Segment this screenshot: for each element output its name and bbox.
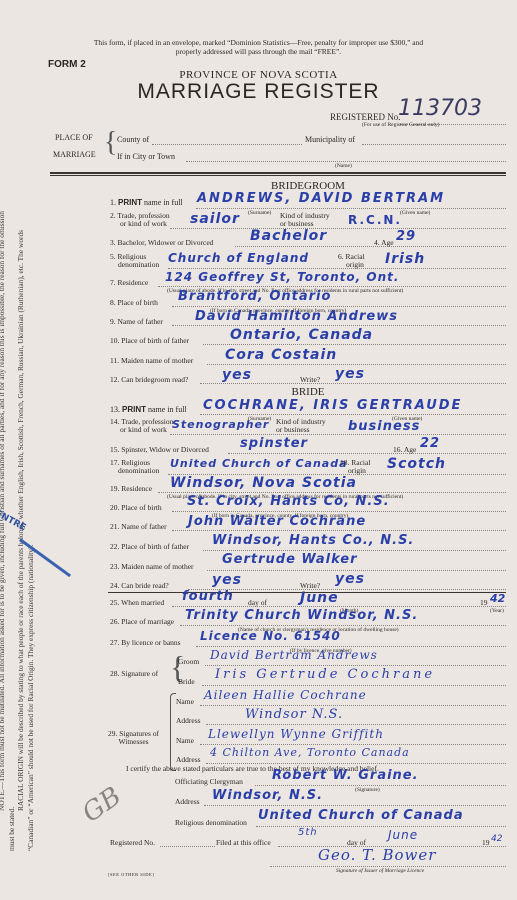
groom-signature-label: Groom	[178, 657, 199, 666]
initials-mark: GB	[77, 781, 127, 828]
married-year-value: 42	[490, 592, 505, 605]
clergy-religion-value: United Church of Canada	[258, 808, 464, 823]
married-month-value: June	[300, 590, 339, 606]
groom-origin-value: Irish	[385, 251, 425, 267]
witness2-name: Llewellyn Wynne Griffith	[208, 727, 384, 741]
bride-father-birthplace-label: 22. Place of birth of father	[110, 542, 189, 551]
marriage-label: MARRIAGE	[53, 150, 96, 159]
registrar-note: (For use of Registrar General only)	[362, 122, 439, 128]
bride-signature: Iris Gertrude Cochrane	[215, 667, 435, 682]
filed-label: Filed at this office	[216, 838, 271, 847]
groom-religion-label-b: denomination	[110, 261, 159, 269]
clergyman-signature: Robert W. Graine.	[272, 768, 419, 783]
filing-year-prefix: 19	[482, 838, 490, 847]
given-name-hint: (Given name)	[400, 210, 430, 216]
place-of-marriage-value: Trinity Church Windsor, N.S.	[185, 608, 418, 623]
groom-age-value: 29	[396, 229, 416, 244]
bride-residence-label: 19. Residence	[110, 484, 152, 493]
bride-birthplace-label: 20. Place of birth	[110, 503, 162, 512]
groom-father-birthplace-label: 10. Place of birth of father	[110, 336, 189, 345]
groom-name-label: name in full	[144, 198, 183, 207]
bride-name-value: COCHRANE, IRIS GERTRAUDE	[203, 398, 462, 413]
groom-write-value: yes	[335, 366, 365, 382]
field-number: 13.	[110, 405, 120, 414]
signature-of-label: 28. Signature of	[110, 669, 158, 678]
registered-no-value: 113703	[398, 96, 482, 121]
bride-write-value: yes	[335, 571, 365, 587]
bride-status-label: 15. Spinster, Widow or Divorced	[110, 445, 209, 454]
groom-mother-label: 11. Maiden name of mother	[110, 356, 193, 365]
bride-trade-label-b: or kind of work	[110, 426, 173, 434]
place-of-marriage-label: 26. Place of marriage	[110, 617, 174, 626]
clergyman-label: Officiating Clergyman	[175, 777, 243, 786]
groom-religion-value: Church of England	[168, 251, 309, 265]
groom-birthplace-label: 8. Place of birth	[110, 298, 158, 307]
groom-father-value: David Hamilton Andrews	[195, 309, 398, 324]
groom-industry-label-b: or business	[280, 220, 330, 228]
witness2-address: 4 Chilton Ave, Toronto Canada	[210, 746, 410, 759]
groom-birthplace-value: Brantford, Ontario	[178, 289, 331, 304]
filed-month-value: June	[388, 828, 418, 842]
year-prefix: 19	[480, 598, 488, 607]
witness1-address: Windsor N.S.	[245, 707, 343, 722]
bride-religion-value: United Church of Canada	[170, 457, 348, 470]
mail-notice-line-1: This form, if placed in an envelope, mar…	[0, 38, 517, 47]
bride-name-label: name in full	[148, 405, 187, 414]
place-of-label: PLACE OF	[55, 133, 93, 142]
groom-age-label: 4. Age	[374, 238, 394, 247]
bride-father-label: 21. Name of father	[110, 522, 167, 531]
witness2-name-label: Name	[176, 736, 194, 745]
bride-age-value: 22	[420, 436, 440, 451]
bride-age-label: 16. Age	[393, 445, 416, 454]
bride-heading: BRIDE	[110, 386, 506, 398]
clergy-religion-label: Religious denomination	[175, 818, 247, 827]
filed-day-value: 5th	[298, 827, 318, 838]
groom-mother-value: Cora Costain	[225, 347, 337, 363]
bride-father-birthplace-value: Windsor, Hants Co., N.S.	[212, 533, 414, 548]
city-label: If in City or Town	[117, 152, 175, 161]
bride-mother-label: 23. Maiden name of mother	[110, 562, 194, 571]
place-brace: {	[104, 128, 117, 158]
married-day-value: fourth	[182, 589, 234, 604]
name-hint: (Name)	[335, 163, 352, 169]
bride-read-value: yes	[212, 572, 242, 588]
clergy-address-value: Windsor, N.S.	[212, 788, 323, 803]
bride-signature-label: Bride	[178, 677, 195, 686]
groom-read-value: yes	[222, 367, 252, 383]
groom-read-label: 12. Can bridegroom read?	[110, 375, 188, 384]
bride-industry-value: business	[348, 419, 420, 434]
witness1-name-label: Name	[176, 697, 194, 706]
issuer-signature: Geo. T. Bower	[318, 846, 436, 864]
licence-value: Licence No. 61540	[200, 629, 341, 643]
groom-trade-label-b: or kind of work	[110, 220, 170, 228]
surname-hint: (Surname)	[248, 210, 271, 216]
groom-write-label: Write?	[300, 375, 320, 384]
groom-father-label: 9. Name of father	[110, 317, 163, 326]
groom-industry-value: R.C.N.	[348, 213, 402, 227]
groom-residence-label: 7. Residence	[110, 278, 148, 287]
bride-industry-label-b: or business	[276, 426, 326, 434]
bride-origin-value: Scotch	[387, 456, 446, 472]
bride-religion-label-b: denomination	[110, 467, 159, 475]
witness2-address-label: Address	[176, 755, 201, 764]
mail-notice: This form, if placed in an envelope, mar…	[0, 38, 517, 56]
day-of-label: day of	[248, 598, 267, 607]
bride-father-value: John Walter Cochrane	[188, 514, 366, 529]
filed-year-value: 42	[491, 834, 502, 844]
municipality-field[interactable]	[362, 144, 506, 145]
clergy-address-label: Address	[175, 797, 200, 806]
issuer-hint: Signature of Issuer of Marriage Licence	[336, 868, 424, 874]
mail-notice-line-2: properly addressed will pass through the…	[0, 47, 517, 56]
bride-birthplace-value: St. Croix, Hants Co, N.S.	[187, 494, 390, 509]
groom-status-value: Bachelor	[250, 228, 327, 244]
witness1-name: Aileen Hallie Cochrane	[204, 688, 367, 702]
licence-label: 27. By licence or banns	[110, 638, 181, 647]
bride-origin-label-b: origin	[340, 467, 370, 475]
field-number: 1.	[110, 198, 116, 207]
groom-trade-value: sailor	[190, 211, 240, 227]
filing-registered-no-label: Registered No.	[110, 838, 155, 847]
county-field[interactable]	[152, 144, 302, 145]
bride-status-value: spinster	[240, 436, 308, 451]
when-married-label: 25. When married	[110, 598, 164, 607]
groom-status-label: 3. Bachelor, Widower or Divorced	[110, 238, 213, 247]
bride-read-label: 24. Can bride read?	[110, 581, 169, 590]
groom-origin-label-b: origin	[338, 261, 365, 269]
municipality-label: Municipality of	[305, 135, 355, 144]
groom-father-birthplace-value: Ontario, Canada	[230, 327, 373, 343]
header-divider	[50, 172, 506, 176]
bride-residence-value: Windsor, Nova Scotia	[170, 475, 357, 491]
year-hint: (Year)	[490, 608, 504, 614]
witnesses-label-b: Witnesses	[108, 738, 159, 746]
bride-trade-value: Stenographer	[172, 418, 269, 431]
print-emphasis: PRINT	[122, 405, 146, 414]
bride-mother-value: Gertrude Walker	[222, 552, 358, 567]
groom-name-value: ANDREWS, DAVID BERTRAM	[197, 191, 445, 206]
see-other-side-note: [SEE OTHER SIDE]	[108, 872, 154, 877]
county-label: County of	[117, 135, 149, 144]
witness1-address-label: Address	[176, 716, 201, 725]
groom-signature: David Bertram Andrews	[210, 648, 378, 662]
print-emphasis: PRINT	[118, 198, 142, 207]
registered-no-label: REGISTERED No.	[330, 112, 401, 122]
city-field[interactable]	[186, 161, 506, 162]
bride-write-label: Write?	[300, 581, 320, 590]
groom-residence-value: 124 Geoffrey St, Toronto, Ont.	[165, 270, 399, 284]
signature-hint: (Signature)	[355, 787, 380, 793]
